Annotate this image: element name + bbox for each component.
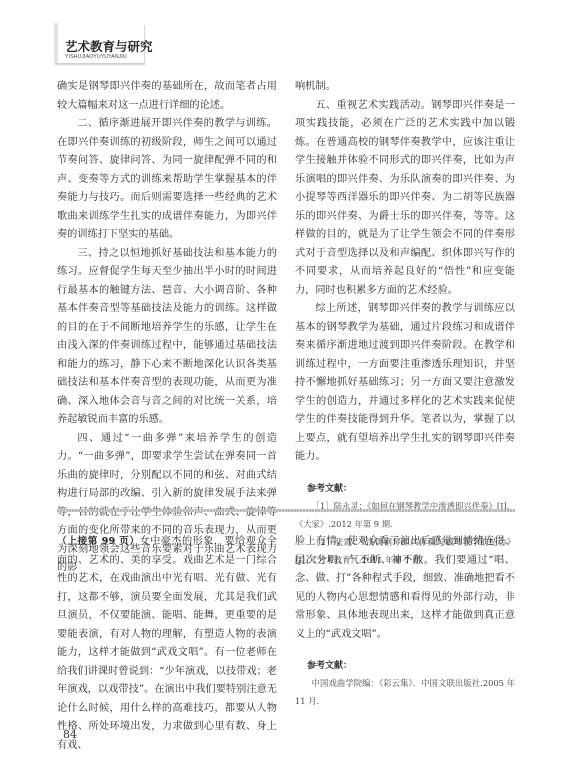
- paragraph: 脸上有情，使观众看了演出后感觉到情绪连贯、层次分明、气不断、神不散。我们要通过“…: [295, 533, 515, 644]
- paragraph: 确实是钢琴即兴伴奏的基础所在，故而笔者占用较大篇幅来对这一点进行详细的论述。: [57, 78, 277, 115]
- paragraph: 响机制。: [295, 78, 515, 97]
- paragraph-text: 女中豪杰的形象，要给观众全面的、艺术的、美的享受。戏曲艺术是一门综合性的艺术，在…: [57, 536, 277, 751]
- journal-title-cn: 艺术教育与研究: [65, 37, 153, 55]
- reference-item: 中国戏曲学院编：《彩云集》．中国文联出版社.2005 年 11 月．: [295, 674, 515, 710]
- paragraph: （上接第 99 页）女中豪杰的形象，要给观众全面的、艺术的、美的享受。戏曲艺术是…: [57, 533, 277, 755]
- paragraph: 五、重视艺术实践活动。钢琴即兴伴奏是一项实践技能，必须在广泛的艺术实践中加以锻炼…: [295, 97, 515, 301]
- continued-from-tag: （上接第 99 页）: [57, 536, 140, 547]
- section-divider: [57, 509, 515, 512]
- paragraph: 综上所述，钢琴即兴伴奏的教学与训练应以基本的钢琴教学为基础，通过片段练习和成谱伴…: [295, 300, 515, 467]
- article2-right-column: 脸上有情，使观众看了演出后感觉到情绪连贯、层次分明、气不断、神不散。我们要通过“…: [295, 533, 515, 710]
- paragraph: 二、循序渐进展开即兴伴奏的教学与训练。在即兴伴奏训练的初级阶段，师生之间可以通过…: [57, 115, 277, 245]
- reference-item: ［1］陆永灵：《如何在钢琴教学中渗透即兴伴奏》[J]．《大家》.2012 年第 …: [295, 497, 515, 533]
- journal-title-en: YISHUJIAOYUYUYANJIU: [65, 54, 127, 60]
- article1-right-column: 响机制。 五、重视艺术实践活动。钢琴即兴伴奏是一项实践技能，必须在广泛的艺术实践…: [295, 78, 515, 569]
- journal-header: 艺术教育与研究 YISHUJIAOYUYUYANJIU: [54, 23, 144, 63]
- article2-left-column: （上接第 99 页）女中豪杰的形象，要给观众全面的、艺术的、美的享受。戏曲艺术是…: [57, 533, 277, 755]
- article1-left-column: 确实是钢琴即兴伴奏的基础所在，故而笔者占用较大篇幅来对这一点进行详细的论述。 二…: [57, 78, 277, 578]
- paragraph: 三、持之以恒地抓好基础技法和基本能力的练习。应督促学生每天至少抽出半小时的时间进…: [57, 245, 277, 430]
- page-number: 84: [63, 728, 77, 741]
- references-title: 参考文献：: [295, 658, 515, 674]
- references-title: 参考文献：: [295, 481, 515, 497]
